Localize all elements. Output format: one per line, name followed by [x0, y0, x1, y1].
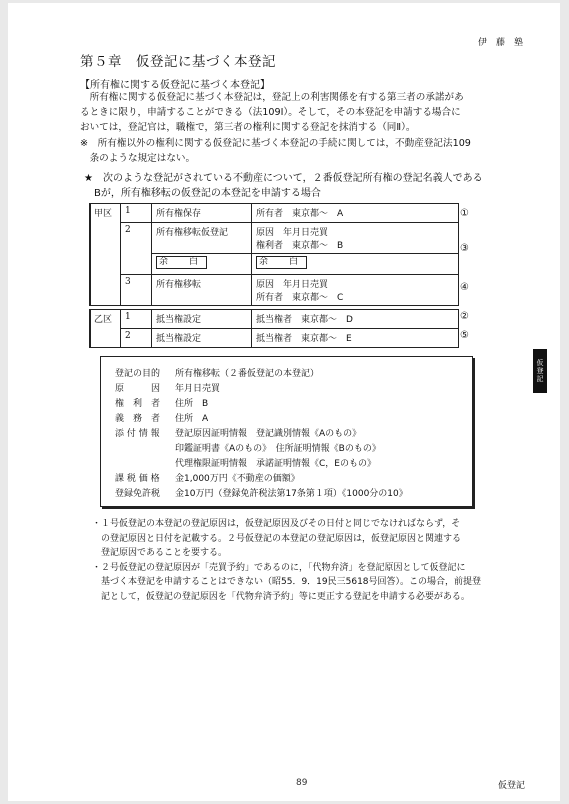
bullet-line: の登記原因と日付を記載する。２号仮登記の本登記の登記原因は，仮登記原因と関連する — [92, 532, 481, 547]
bullet-line: ・２号仮登記の登記原因が「売買予約」であるのに，「代物弁済」を登記原因として仮登… — [92, 561, 481, 576]
explanation-bullets: ・１号仮登記の本登記の登記原因は，仮登記原因及びその日付と同じでなければならず，… — [92, 517, 481, 604]
registration-purpose: 所有権移転仮登記 — [152, 223, 252, 254]
yohaku-label: 余 白 — [256, 256, 307, 269]
field-label: 登記の目的 — [115, 367, 175, 382]
application-row: 課 税 価 格金1,000万円《不動産の価額》 — [115, 472, 300, 487]
section-label: 乙区 — [90, 310, 121, 348]
registration-purpose: 抵当権設定 — [152, 329, 252, 348]
table-row: 2 抵当権設定 抵当権者 東京都～ E — [90, 329, 459, 348]
registration-purpose: 抵当権設定 — [152, 310, 252, 329]
application-row: 代理権限証明情報 承諾証明情報《C，Eのもの》 — [115, 457, 376, 472]
field-label: 課 税 価 格 — [115, 472, 175, 487]
order-marker: ③ — [460, 243, 469, 254]
field-value: 年月日売買 — [175, 382, 220, 397]
field-value: 印鑑証明書《Aのもの》 住所証明情報《Bのもの》 — [175, 442, 381, 457]
page-number: 89 — [296, 778, 307, 788]
registration-purpose: 所有権保存 — [152, 204, 252, 223]
chapter-title: 第５章 仮登記に基づく本登記 — [80, 50, 276, 70]
rank-number: 2 — [121, 329, 152, 348]
rank-number: 3 — [121, 275, 152, 306]
paragraph-line: おいては，登記官は，職権で，第三者の権利に関する登記を抹消する（同Ⅱ）。 — [80, 120, 464, 135]
registration-purpose: 所有権移転 — [152, 275, 252, 306]
order-marker: ② — [460, 311, 469, 322]
field-value: 金1,000万円《不動産の価額》 — [175, 472, 300, 487]
register-otsu-table: 乙区 1 抵当権設定 抵当権者 東京都～ D 2 抵当権設定 抵当権者 東京都～… — [89, 309, 459, 348]
blank-cell: 余 白 — [152, 254, 252, 275]
table-row: 3 所有権移転 原因 年月日売買 所有者 東京都～ C — [90, 275, 459, 306]
field-value: 代理権限証明情報 承諾証明情報《C，Eのもの》 — [175, 457, 376, 472]
field-label: 登録免許税 — [115, 487, 175, 502]
registration-detail: 原因 年月日売買 権利者 東京都～ B — [252, 223, 459, 254]
bullet-line: 基づく本登記を申請することはできない（昭55．9．19民三5618号回答）。この… — [92, 575, 481, 590]
field-label: 原 因 — [115, 382, 175, 397]
field-label: 権 利 者 — [115, 397, 175, 412]
case-line: Bが，所有権移転の仮登記の本登記を申請する場合 — [84, 186, 483, 201]
intro-paragraph: 所有権に関する仮登記に基づく本登記は，登記上の利害関係を有する第三者の承諾があ … — [80, 90, 464, 135]
registration-detail: 原因 年月日売買 所有者 東京都～ C — [252, 275, 459, 306]
order-marker: ④ — [460, 282, 469, 293]
note-line: 条のような規定はない。 — [80, 151, 471, 166]
yohaku-label: 余 白 — [156, 256, 207, 269]
application-row: 登記の目的所有権移転（２番仮登記の本登記） — [115, 367, 319, 382]
application-row: 登録免許税金10万円（登録免許税法第17条第１項）《1000分の10》 — [115, 487, 408, 502]
table-row: 2 所有権移転仮登記 原因 年月日売買 権利者 東京都～ B — [90, 223, 459, 254]
note-line: ※ 所有権以外の権利に関する仮登記に基づく本登記の手続に関しては，不動産登記法1… — [80, 136, 471, 151]
application-row: 義 務 者住所 A — [115, 412, 208, 427]
table-row: 乙区 1 抵当権設定 抵当権者 東京都～ D — [90, 310, 459, 329]
field-label: 義 務 者 — [115, 412, 175, 427]
case-line: ★ 次のような登記がされている不動産について，２番仮登記所有権の登記名義人である — [84, 171, 483, 186]
bullet-line: 登記原因であることを要する。 — [92, 546, 481, 561]
document-page: 伊藤塾 第５章 仮登記に基づく本登記 【所有権に関する仮登記に基づく本登記】 所… — [8, 3, 560, 801]
table-row: 甲区 1 所有権保存 所有者 東京都～ A — [90, 204, 459, 223]
order-marker: ⑤ — [460, 330, 469, 341]
chapter-index-tab[interactable]: 仮登記 — [533, 349, 547, 393]
bullet-line: ・１号仮登記の本登記の登記原因は，仮登記原因及びその日付と同じでなければならず，… — [92, 517, 481, 532]
field-value: 金10万円（登録免許税法第17条第１項）《1000分の10》 — [175, 487, 408, 502]
blank-cell: 余 白 — [252, 254, 459, 275]
registration-detail: 抵当権者 東京都～ D — [252, 310, 459, 329]
field-label: 添 付 情 報 — [115, 427, 175, 442]
footer-section-name: 仮登記 — [498, 778, 525, 791]
section-label: 甲区 — [90, 204, 121, 306]
paragraph-line: 所有権に関する仮登記に基づく本登記は，登記上の利害関係を有する第三者の承諾があ — [80, 90, 464, 105]
rank-number: 1 — [121, 204, 152, 223]
order-marker: ① — [460, 208, 469, 219]
rank-number: 2 — [121, 223, 152, 275]
application-row: 原 因年月日売買 — [115, 382, 220, 397]
bullet-line: 記として，仮登記の登記原因を「代物弁済予約」等に更正する登記を申請する必要がある… — [92, 590, 481, 605]
paragraph-line: るときに限り，申請することができる（法109Ⅰ）。そして，その本登記を申請する場… — [80, 105, 464, 120]
registration-detail: 抵当権者 東京都～ E — [252, 329, 459, 348]
register-kou-table: 甲区 1 所有権保存 所有者 東京都～ A 2 所有権移転仮登記 原因 年月日売… — [89, 203, 459, 306]
application-row: 印鑑証明書《Aのもの》 住所証明情報《Bのもの》 — [115, 442, 381, 457]
registration-detail: 所有者 東京都～ A — [252, 204, 459, 223]
case-statement: ★ 次のような登記がされている不動産について，２番仮登記所有権の登記名義人である… — [84, 171, 483, 201]
field-value: 住所 B — [175, 397, 208, 412]
field-value: 登記原因証明情報 登記識別情報《Aのもの》 — [175, 427, 361, 442]
author-label: 伊藤塾 — [478, 35, 532, 48]
section-heading: 【所有権に関する仮登記に基づく本登記】 — [80, 76, 270, 91]
application-row: 添 付 情 報登記原因証明情報 登記識別情報《Aのもの》 — [115, 427, 361, 442]
application-row: 権 利 者住所 B — [115, 397, 208, 412]
field-value: 所有権移転（２番仮登記の本登記） — [175, 367, 319, 382]
rank-number: 1 — [121, 310, 152, 329]
field-value: 住所 A — [175, 412, 208, 427]
application-form-box: 登記の目的所有権移転（２番仮登記の本登記） 原 因年月日売買 権 利 者住所 B… — [100, 356, 473, 507]
note-paragraph: ※ 所有権以外の権利に関する仮登記に基づく本登記の手続に関しては，不動産登記法1… — [80, 136, 471, 166]
